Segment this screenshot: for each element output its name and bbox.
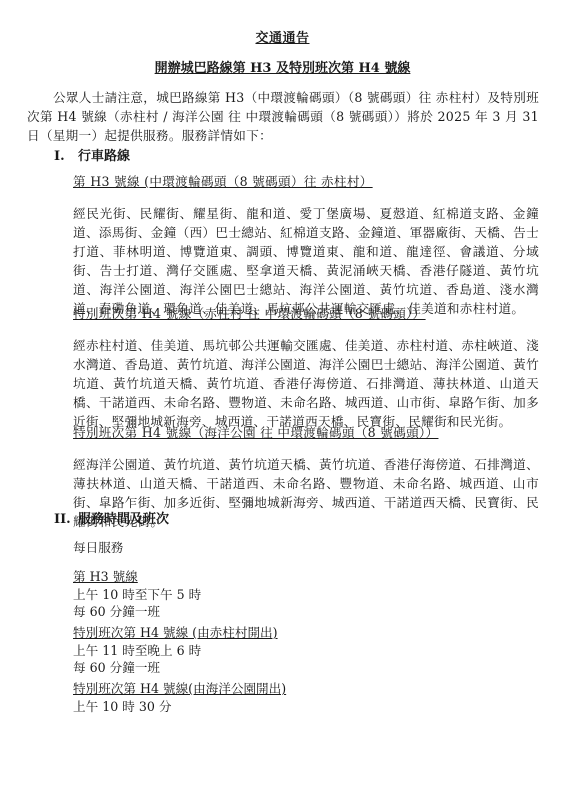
route-h4-stanley-description: 經赤柱村道、佳美道、馬坑邨公共運輸交匯處、佳美道、赤柱村道、赤柱峽道、淺水灣道、… [73,336,539,431]
schedule-heading: 第 H3 號線 [73,568,201,586]
schedule-hours: 上午 10 時至下午 5 時 [73,586,201,604]
section-title: 行車路線 [78,149,130,164]
notice-subtitle: 開辦城巴路線第 H3 及特別班次第 H4 號線 [0,57,565,76]
route-h3-heading: 第 H3 號線 (中環渡輪碼頭（8 號碼頭）往 赤柱村） [73,172,539,191]
schedule-h4-oceanpark: 特別班次第 H4 號線(由海洋公園開出) 上午 10 時 30 分 [73,680,286,715]
intro-paragraph: 公眾人士請注意，城巴路線第 H3（中環渡輪碼頭）（8 號碼頭）往 赤柱村）及特別… [27,88,539,145]
section-number: I. [54,149,74,164]
section-schedule-heading: II.服務時間及班次 [54,508,169,527]
schedule-departure: 上午 10 時 30 分 [73,698,286,716]
notice-page: 交通通告 開辦城巴路線第 H3 及特別班次第 H4 號線 公眾人士請注意，城巴路… [0,0,565,800]
schedule-frequency: 每 60 分鐘一班 [73,603,201,621]
route-h4-stanley-heading: 特別班次第 H4 號線（赤柱村 往 中環渡輪碼頭（8 號碼頭）） [73,304,539,323]
daily-service-label: 每日服務 [73,539,123,557]
schedule-heading: 特別班次第 H4 號線(由海洋公園開出) [73,680,286,698]
route-h3-description: 經民光街、民耀街、耀星街、龍和道、愛丁堡廣場、夏慤道、紅棉道支路、金鐘道、添馬街… [73,204,539,318]
schedule-frequency: 每 60 分鐘一班 [73,659,278,677]
notice-title: 交通通告 [0,27,565,46]
section-number: II. [54,512,74,527]
section-title: 服務時間及班次 [78,512,169,527]
schedule-h3: 第 H3 號線 上午 10 時至下午 5 時 每 60 分鐘一班 [73,568,201,621]
schedule-hours: 上午 11 時至晚上 6 時 [73,642,278,660]
schedule-h4-stanley: 特別班次第 H4 號線 (由赤柱村開出) 上午 11 時至晚上 6 時 每 60… [73,624,278,677]
schedule-heading: 特別班次第 H4 號線 (由赤柱村開出) [73,624,278,642]
route-h4-oceanpark-heading: 特別班次第 H4 號線（海洋公園 往 中環渡輪碼頭（8 號碼頭）） [73,423,539,442]
section-routes-heading: I.行車路線 [54,145,130,164]
